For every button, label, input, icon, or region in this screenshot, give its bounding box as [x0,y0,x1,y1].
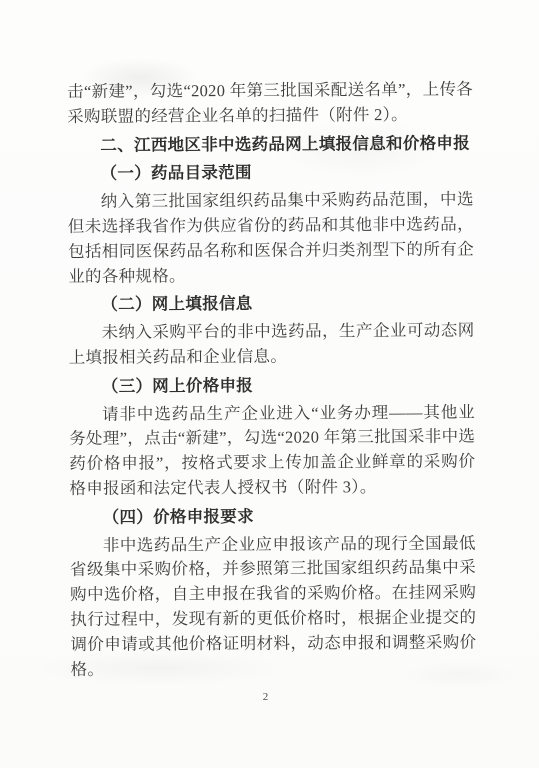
subsection-heading: （一）药品目录范围 [68,160,474,187]
document-body: 击“新建”，勾选“2020 年第三批国采配送名单”，上传各采购联盟的经营企业名单… [67,78,477,683]
paragraph: 击“新建”，勾选“2020 年第三批国采配送名单”，上传各采购联盟的经营企业名单… [67,78,473,130]
section-heading: 二、江西地区非中选药品网上填报信息和价格申报 [67,131,473,158]
subsection-heading: （二）网上填报信息 [68,291,474,318]
paragraph: 纳入第三批国家组织药品集中采购药品范围，中选但未选择我省作为供应省份的药品和其他… [68,188,475,290]
paragraph: 未纳入采购平台的非中选药品，生产企业可动态网上填报相关药品和企业信息。 [68,319,474,371]
page-number: 2 [0,691,531,703]
paragraph: 非中选药品生产企业应申报该产品的现行全国最低省级集中采购价格，并参照第三批国家组… [70,531,477,682]
paragraph: 请非中选药品生产企业进入“业务办理——其他业务处理”，点击“新建”，勾选“202… [69,400,476,502]
subsection-heading: （三）网上价格申报 [69,372,475,399]
subsection-heading: （四）价格申报要求 [70,503,476,530]
scanned-document-page: 击“新建”，勾选“2020 年第三批国采配送名单”，上传各采购联盟的经营企业名单… [0,0,539,768]
